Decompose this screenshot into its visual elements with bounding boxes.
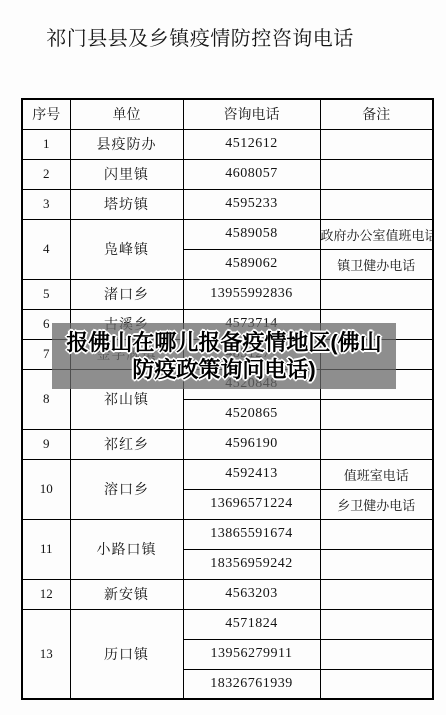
phone-cell: 13956279911 bbox=[183, 639, 320, 669]
note-cell bbox=[320, 669, 433, 699]
phone-cell: 18326761939 bbox=[183, 669, 320, 699]
row-number-cell: 10 bbox=[22, 459, 70, 519]
phone-cell: 13955992836 bbox=[183, 279, 320, 309]
unit-cell: 渚口乡 bbox=[70, 279, 183, 309]
table-row: 9祁红乡4596190 bbox=[22, 429, 433, 459]
table-header-row: 序号 单位 咨询电话 备注 bbox=[22, 99, 433, 129]
note-cell bbox=[320, 279, 433, 309]
note-cell bbox=[320, 579, 433, 609]
note-cell: 政府办公室值班电话 bbox=[320, 219, 433, 249]
note-cell bbox=[320, 549, 433, 579]
phone-cell: 4595233 bbox=[183, 189, 320, 219]
row-number-cell: 11 bbox=[22, 519, 70, 579]
note-cell: 镇卫健办电话 bbox=[320, 249, 433, 279]
row-number-cell: 1 bbox=[22, 129, 70, 159]
row-number-cell: 9 bbox=[22, 429, 70, 459]
unit-cell: 县疫防办 bbox=[70, 129, 183, 159]
row-number-cell: 3 bbox=[22, 189, 70, 219]
phone-cell: 4596190 bbox=[183, 429, 320, 459]
phone-cell: 4589062 bbox=[183, 249, 320, 279]
phone-cell: 4512612 bbox=[183, 129, 320, 159]
note-cell bbox=[320, 399, 433, 429]
note-cell bbox=[320, 609, 433, 639]
row-number-cell: 4 bbox=[22, 219, 70, 279]
note-cell bbox=[320, 129, 433, 159]
watermark-text-line2: 防疫政策询问电话) bbox=[132, 356, 315, 383]
note-cell bbox=[320, 159, 433, 189]
watermark-text-line1: 报佛山在哪儿报备疫情地区(佛山 bbox=[66, 329, 381, 356]
row-number-cell: 5 bbox=[22, 279, 70, 309]
row-number-cell: 12 bbox=[22, 579, 70, 609]
unit-cell: 凫峰镇 bbox=[70, 219, 183, 279]
table-row: 4凫峰镇4589058政府办公室值班电话 bbox=[22, 219, 433, 249]
phone-cell: 4520865 bbox=[183, 399, 320, 429]
table-row: 2闪里镇4608057 bbox=[22, 159, 433, 189]
phone-table: 序号 单位 咨询电话 备注 1县疫防办45126122闪里镇46080573塔坊… bbox=[21, 98, 434, 700]
header-cell-no: 序号 bbox=[22, 99, 70, 129]
unit-cell: 溶口乡 bbox=[70, 459, 183, 519]
row-number-cell: 2 bbox=[22, 159, 70, 189]
note-cell bbox=[320, 639, 433, 669]
note-cell bbox=[320, 519, 433, 549]
table-row: 11小路口镇13865591674 bbox=[22, 519, 433, 549]
unit-cell: 塔坊镇 bbox=[70, 189, 183, 219]
table-row: 12新安镇4563203 bbox=[22, 579, 433, 609]
phone-cell: 4608057 bbox=[183, 159, 320, 189]
table-row: 13历口镇4571824 bbox=[22, 609, 433, 639]
note-cell: 值班室电话 bbox=[320, 459, 433, 489]
phone-cell: 18356959242 bbox=[183, 549, 320, 579]
table-row: 1县疫防办4512612 bbox=[22, 129, 433, 159]
phone-cell: 4592413 bbox=[183, 459, 320, 489]
table-row: 3塔坊镇4595233 bbox=[22, 189, 433, 219]
phone-cell: 4571824 bbox=[183, 609, 320, 639]
unit-cell: 祁红乡 bbox=[70, 429, 183, 459]
unit-cell: 闪里镇 bbox=[70, 159, 183, 189]
header-cell-unit: 单位 bbox=[70, 99, 183, 129]
phone-cell: 4589058 bbox=[183, 219, 320, 249]
unit-cell: 小路口镇 bbox=[70, 519, 183, 579]
header-cell-phone: 咨询电话 bbox=[183, 99, 320, 129]
header-cell-note: 备注 bbox=[320, 99, 433, 129]
note-cell bbox=[320, 189, 433, 219]
table-row: 5渚口乡13955992836 bbox=[22, 279, 433, 309]
watermark-overlay: 报佛山在哪儿报备疫情地区(佛山 防疫政策询问电话) bbox=[52, 323, 396, 389]
page-title: 祁门县县及乡镇疫情防控咨询电话 bbox=[0, 22, 400, 51]
phone-cell: 13696571224 bbox=[183, 489, 320, 519]
unit-cell: 历口镇 bbox=[70, 609, 183, 699]
phone-cell: 13865591674 bbox=[183, 519, 320, 549]
phone-cell: 4563203 bbox=[183, 579, 320, 609]
row-number-cell: 13 bbox=[22, 609, 70, 699]
note-cell bbox=[320, 429, 433, 459]
table-row: 10溶口乡4592413值班室电话 bbox=[22, 459, 433, 489]
unit-cell: 新安镇 bbox=[70, 579, 183, 609]
note-cell: 乡卫健办电话 bbox=[320, 489, 433, 519]
